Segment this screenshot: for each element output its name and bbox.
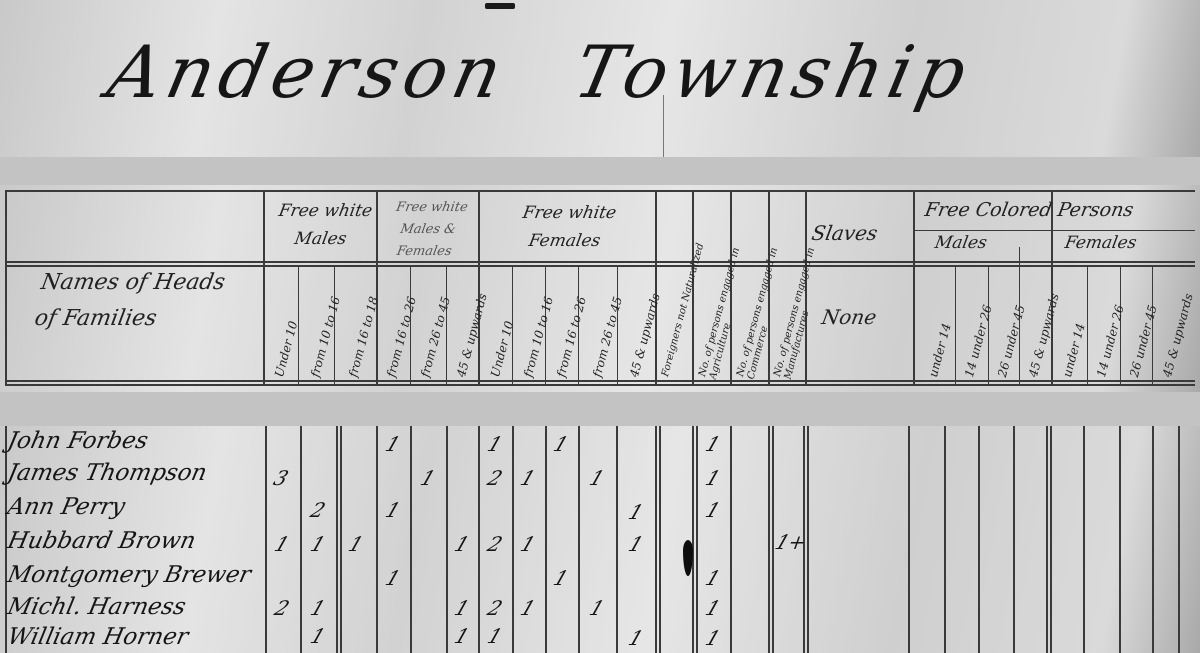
fwf-col-16-26: from 16 to 26 [554, 295, 589, 379]
fcp-f-14-26: 14 under 26 [1094, 303, 1127, 378]
header-mid-rule [5, 261, 1195, 263]
slaves-value: None [820, 305, 878, 329]
free-white-males-label: Free white Males [263, 197, 383, 253]
rule [545, 426, 547, 653]
rule [446, 265, 447, 385]
rule [659, 426, 661, 653]
title-word-2: Township [567, 30, 979, 114]
fcp-m-45-up: 45 & upwards [1026, 292, 1062, 379]
rule [913, 190, 915, 386]
column-header-strip: Names of Heads of Families Free white Ma… [0, 185, 1200, 392]
fwf-col-10-16: from 10 to 16 [521, 295, 556, 379]
row-name: Ann Perry [5, 494, 127, 520]
page-title: AndersonTownship [101, 30, 1079, 114]
rule [944, 426, 946, 653]
fcp-females-label: Females [1063, 233, 1138, 253]
rule [1178, 426, 1180, 653]
rule [1013, 426, 1015, 653]
fwm-col-45-up: 45 & upwards [454, 292, 490, 379]
overlay-note-label: Free white Males & Females [372, 197, 484, 263]
fwm-col-under-10: Under 10 [272, 320, 300, 379]
fwm-col-16-26: from 16 to 26 [384, 295, 419, 379]
rule [1119, 426, 1121, 653]
row-name: James Thompson [5, 460, 209, 486]
rule [336, 426, 338, 653]
rule [1083, 426, 1085, 653]
rule [655, 426, 657, 653]
rule [730, 426, 732, 653]
rule [263, 190, 265, 386]
rule [5, 190, 7, 386]
fcp-f-26-45: 26 under 45 [1127, 303, 1160, 378]
fwf-col-45-up: 45 & upwards [627, 292, 663, 379]
rule [1152, 426, 1154, 653]
rule [772, 426, 774, 653]
row-name: John Forbes [5, 428, 150, 454]
fcp-males-label: Males [933, 233, 988, 253]
fwm-col-26-45: from 26 to 45 [418, 295, 453, 379]
free-colored-persons-label: Free Colored Persons [923, 199, 1135, 221]
rule [978, 426, 980, 653]
rule [1050, 426, 1052, 653]
rule [376, 426, 378, 653]
fcp-m-14-26: 14 under 26 [962, 303, 995, 378]
rule [655, 190, 657, 386]
fcp-m-under-14: under 14 [926, 322, 954, 379]
row-name: Hubbard Brown [5, 528, 198, 554]
fwm-col-10-16: from 10 to 16 [308, 295, 343, 379]
row-name: William Horner [5, 624, 190, 650]
fwf-col-26-45: from 26 to 45 [590, 295, 625, 379]
rule [807, 426, 809, 653]
rule [616, 426, 618, 653]
ink-mark [485, 3, 515, 9]
title-word-1: Anderson [101, 30, 515, 114]
row-name: Montgomery Brewer [5, 562, 253, 588]
header-bottom-rule-2 [5, 384, 1195, 386]
header-bottom-rule [5, 380, 1195, 382]
fcp-sub-rule [915, 230, 1195, 231]
paper-fold-line [663, 95, 664, 157]
fcp-f-45-up: 45 & upwards [1160, 292, 1196, 379]
row-name: Michl. Harness [5, 594, 188, 620]
title-strip: AndersonTownship [0, 0, 1200, 157]
rule [768, 426, 770, 653]
fcp-m-26-45: 26 under 45 [995, 303, 1028, 378]
rule [908, 426, 910, 653]
names-of-heads-of-families-label: Names of Heads of Families [32, 265, 245, 337]
fcp-f-under-14: under 14 [1060, 322, 1088, 379]
rule [955, 265, 956, 385]
rule [1046, 426, 1048, 653]
header-top-rule [5, 190, 1195, 192]
rule [410, 426, 412, 653]
free-white-females-label: Free white Females [477, 199, 657, 255]
